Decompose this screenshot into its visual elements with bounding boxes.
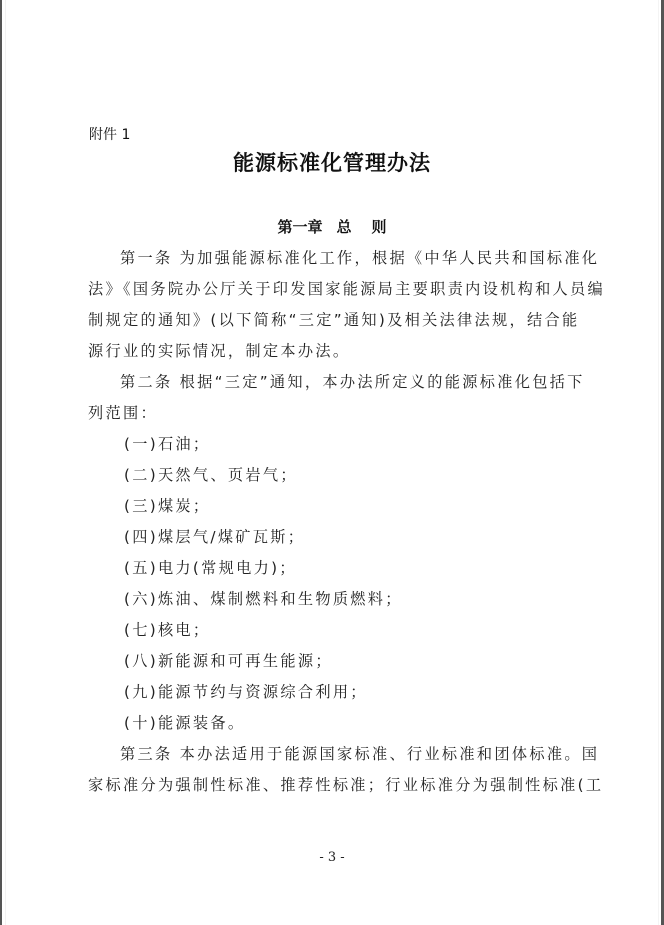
article-1-line-1: 第一条 为加强能源标准化工作，根据《中华人民共和国标准化 xyxy=(120,247,599,269)
scope-item: (七)核电； xyxy=(124,619,210,641)
article-1-line-3: 制规定的通知》(以下简称“三定”通知)及相关法律法规，结合能 xyxy=(88,309,579,331)
article-1-line-2: 法》《国务院办公厅关于印发国家能源局主要职责内设机构和人员编 xyxy=(88,278,605,300)
document-title-text: 能源标准化管理办法 xyxy=(233,148,431,178)
scope-item: (十)能源装备。 xyxy=(124,712,245,734)
article-1-line-4: 源行业的实际情况，制定本办法。 xyxy=(88,340,350,362)
scope-item: (一)石油； xyxy=(124,433,210,455)
article-2-line-2: 列范围： xyxy=(88,402,158,424)
article-3-line-1: 第三条 本办法适用于能源国家标准、行业标准和团体标准。国 xyxy=(120,743,599,765)
scope-item: (二)天然气、页岩气； xyxy=(124,464,298,486)
page-number: - 3 - xyxy=(0,850,664,866)
document-page: 附件 1 能源标准化管理办法 第一章总则 第一条 为加强能源标准化工作，根据《中… xyxy=(0,0,664,925)
scope-item: (五)电力(常规电力)； xyxy=(124,557,297,579)
chapter-heading: 第一章总则 xyxy=(0,216,664,238)
chapter-name-part1: 总 xyxy=(336,218,351,236)
scope-item: (六)炼油、煤制燃料和生物质燃料； xyxy=(124,588,403,610)
document-viewer: 附件 1 能源标准化管理办法 第一章总则 第一条 为加强能源标准化工作，根据《中… xyxy=(0,0,664,925)
scope-item: (三)煤炭； xyxy=(124,495,210,517)
article-3-line-2: 家标准分为强制性标准、推荐性标准；行业标准分为强制性标准(工 xyxy=(88,774,603,796)
attachment-label: 附件 1 xyxy=(89,126,130,144)
scope-item: (八)新能源和可再生能源； xyxy=(124,650,333,672)
scope-item: (九)能源节约与资源综合利用； xyxy=(124,681,368,703)
document-title: 能源标准化管理办法 xyxy=(0,148,664,178)
chapter-number: 第一章 xyxy=(277,218,322,236)
article-2-line-1: 第二条 根据“三定”通知，本办法所定义的能源标准化包括下 xyxy=(120,371,585,393)
scope-item: (四)煤层气/煤矿瓦斯； xyxy=(124,526,305,548)
chapter-name-part2: 则 xyxy=(372,218,387,236)
